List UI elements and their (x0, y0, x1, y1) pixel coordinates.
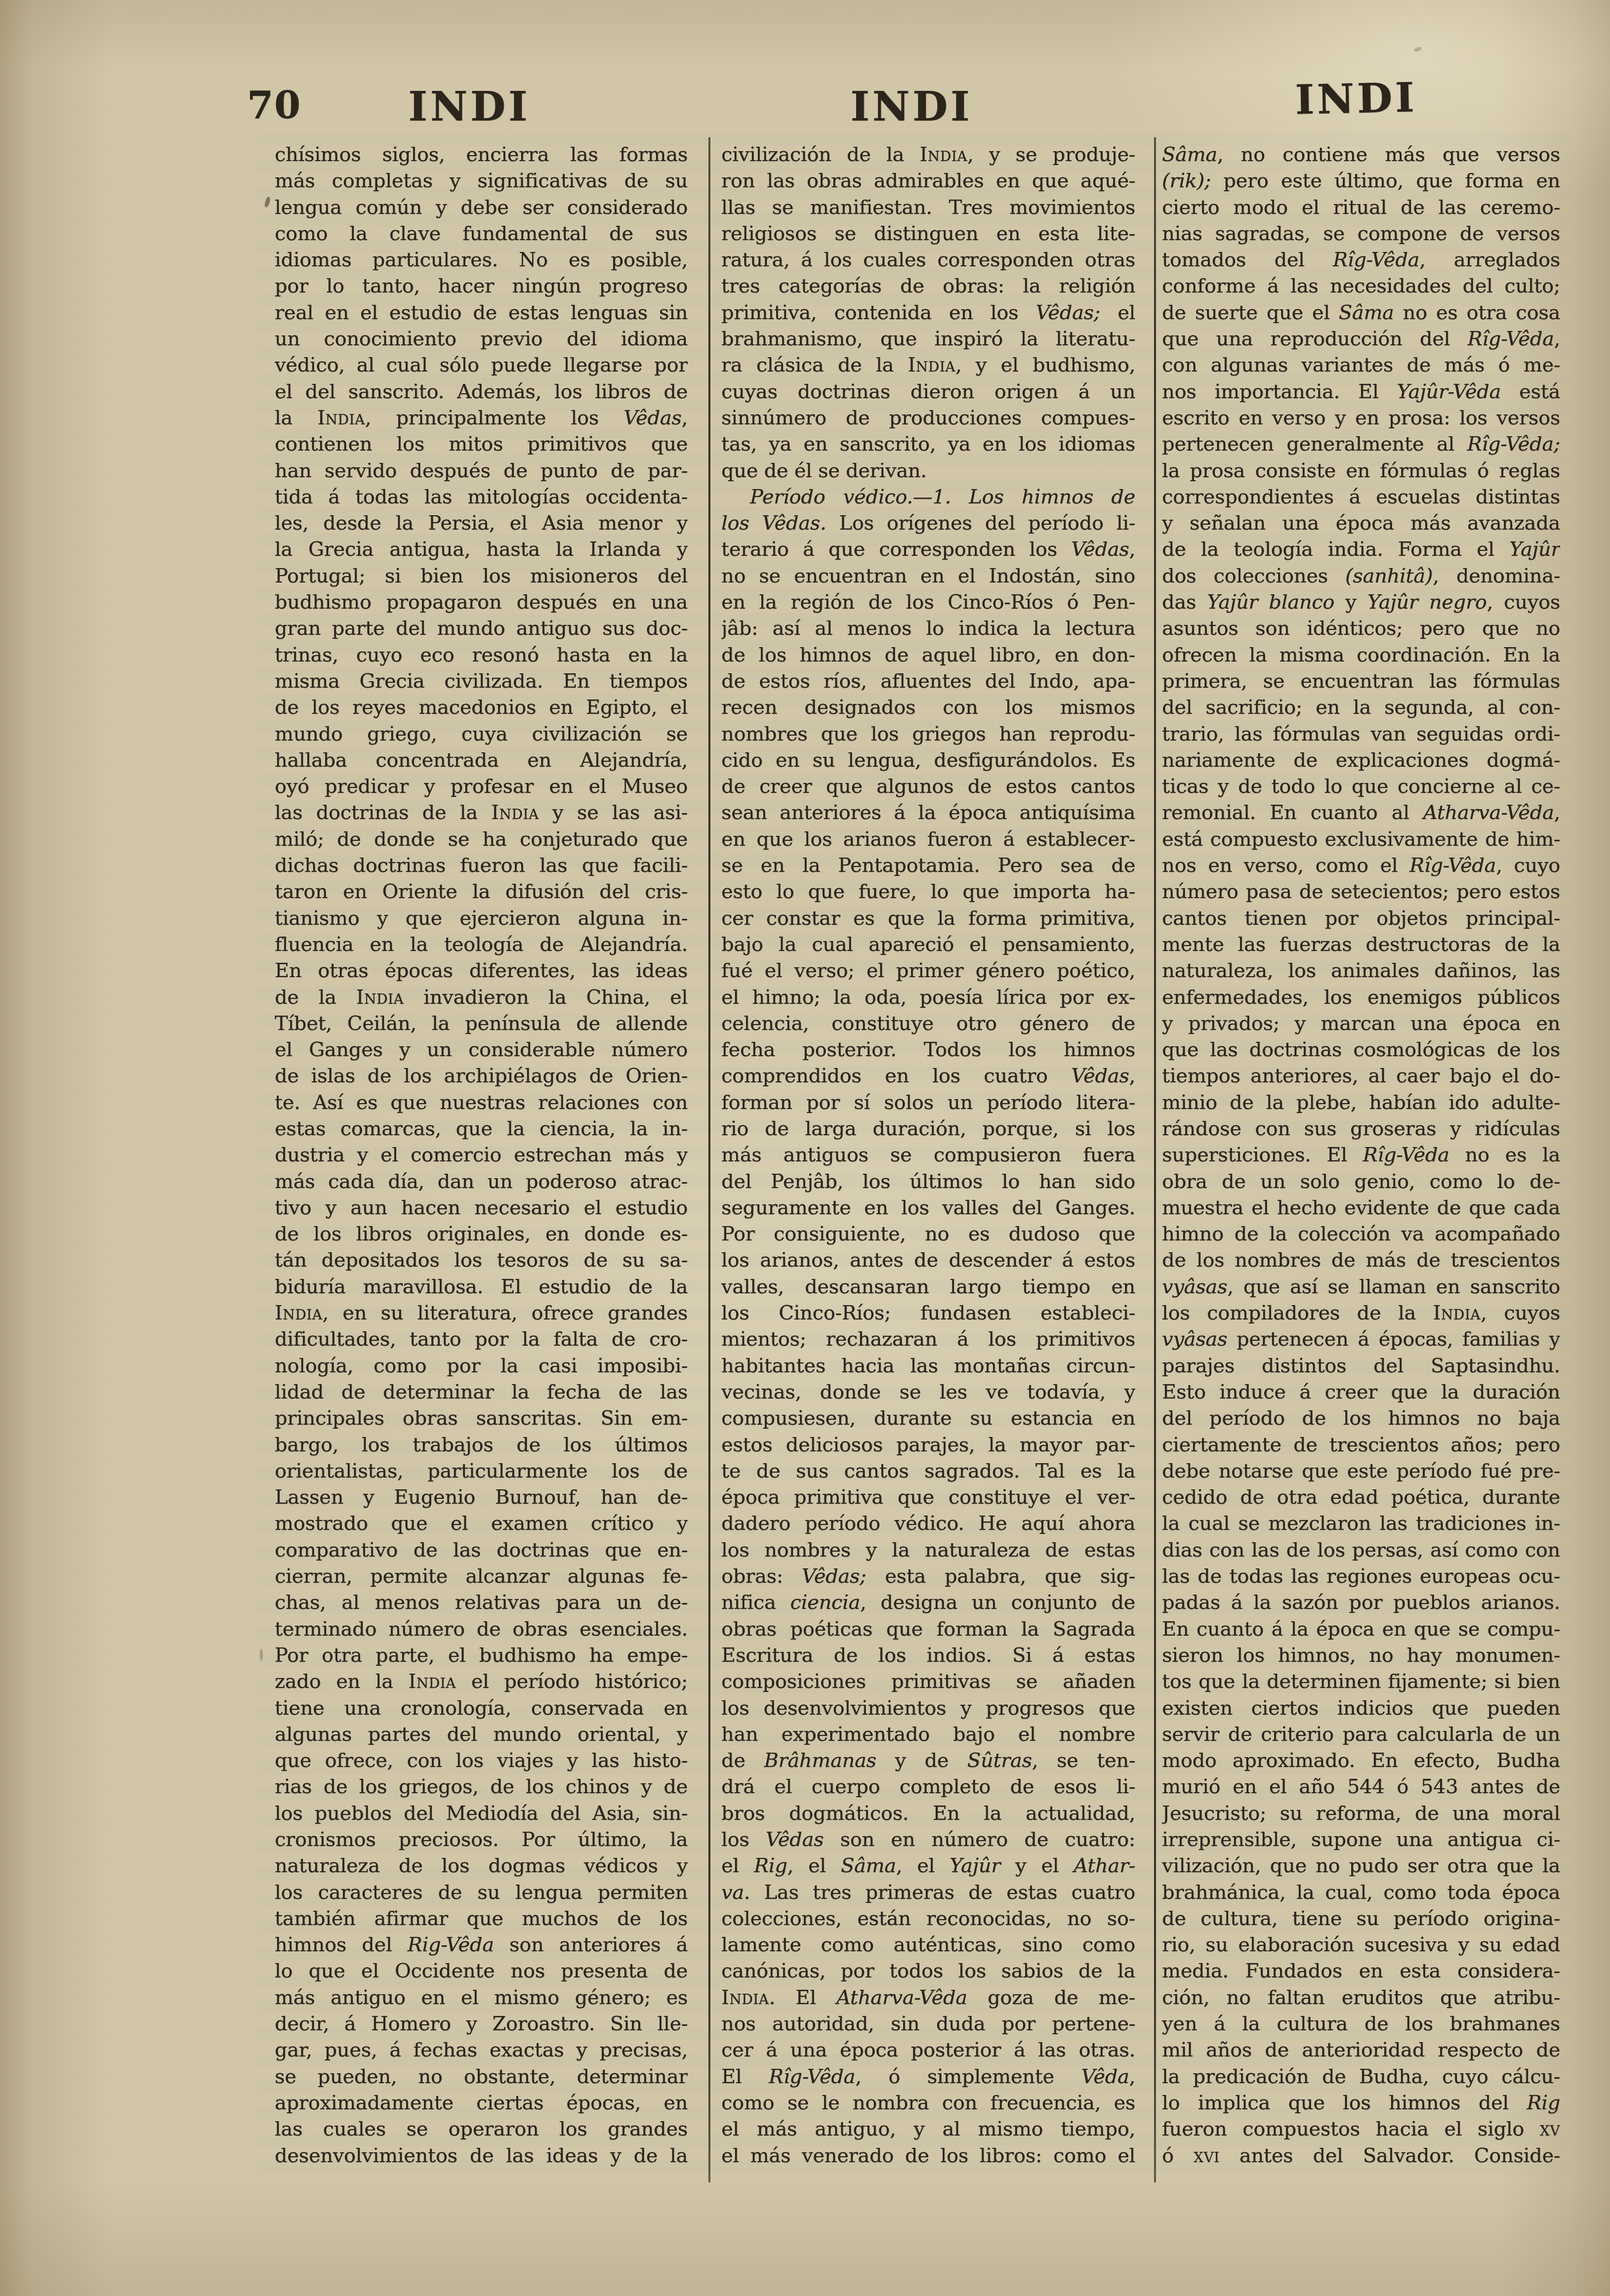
text-line: los Vêdas. Los orígenes del período li- (721, 510, 1135, 536)
text-line: de creer que algunos de estos cantos (721, 774, 1135, 800)
column-divider-rule-1 (708, 137, 710, 2182)
page-number: 70 (247, 83, 301, 127)
text-line: cer constar es que la forma primitiva, (721, 905, 1135, 932)
text-line: terminado número de obras esenciales. (275, 1616, 688, 1642)
text-line: rias de los griegos, de los chinos y de (275, 1774, 688, 1800)
text-line: del sacrificio; en la segunda, al con- (1162, 695, 1560, 721)
text-line: de la India invadieron la China, el (275, 984, 688, 1011)
text-line: Escritura de los indios. Si á estas (721, 1642, 1135, 1669)
text-line: correspondientes á escuelas distintas (1162, 484, 1560, 510)
text-line: hallaba concentrada en Alejandría, (275, 747, 688, 774)
text-line: terario á que corresponden los Vêdas, (721, 536, 1135, 563)
text-line: ron las obras admirables en que aqué- (721, 168, 1135, 194)
text-line: se en la Pentapotamia. Pero sea de (721, 853, 1135, 879)
text-line: sean anteriores á la época antiquísima (721, 800, 1135, 826)
text-line: comparativo de las doctrinas que en- (275, 1537, 688, 1563)
text-line: cronismos preciosos. Por último, la (275, 1827, 688, 1853)
text-line: dadero período védico. He aquí ahora (721, 1511, 1135, 1537)
text-line: época primitiva que constituye el ver- (721, 1484, 1135, 1511)
running-head-column-3: INDI (1252, 73, 1460, 125)
text-line: colecciones, están reconocidas, no so- (721, 1906, 1135, 1932)
text-line: nias sagradas, se compone de versos (1162, 221, 1560, 247)
text-line: orientalistas, particularmente los de (275, 1458, 688, 1484)
text-line: nombres que los griegos han reprodu- (721, 721, 1135, 747)
text-line: lamente como auténticas, sino como (721, 1932, 1135, 1958)
text-line: está compuesto exclusivamente de him- (1162, 826, 1560, 853)
text-line: chísimos siglos, encierra las formas (275, 142, 688, 168)
text-line: trinas, cuyo eco resonó hasta en la (275, 642, 688, 668)
text-line: de islas de los archipiélagos de Orien- (275, 1063, 688, 1089)
text-line: lo implica que los himnos del Rig (1162, 2090, 1560, 2116)
text-line: la cual se mezclaron las tradiciones in- (1162, 1511, 1560, 1537)
text-line: han servido después de punto de par- (275, 458, 688, 484)
text-line: Lassen y Eugenio Burnouf, han de- (275, 1484, 688, 1511)
text-line: mil años de anterioridad respecto de (1162, 2037, 1560, 2063)
text-line: (rik); pero este último, que forma en (1162, 168, 1560, 194)
text-line: nología, como por la casi imposibi- (275, 1353, 688, 1379)
text-line: lo que el Occidente nos presenta de (275, 1958, 688, 1984)
text-line: de los libros originales, en donde es- (275, 1221, 688, 1247)
text-line: estos deliciosos parajes, la mayor par- (721, 1432, 1135, 1458)
text-line: rio, su elaboración sucesiva y su edad (1162, 1932, 1560, 1958)
text-line: védico, al cual sólo puede llegarse por (275, 352, 688, 378)
column-divider-rule-2 (1154, 137, 1156, 2182)
text-line: composiciones primitivas se añaden (721, 1669, 1135, 1695)
text-line: brahmanismo, que inspiró la literatu- (721, 326, 1135, 352)
text-line: de los himnos de aquel libro, en don- (721, 642, 1135, 668)
text-line: fecha posterior. Todos los himnos (721, 1037, 1135, 1063)
text-line: va. Las tres primeras de estas cuatro (721, 1880, 1135, 1906)
text-line: te. Así es que nuestras relaciones con (275, 1090, 688, 1116)
text-line: las cuales se operaron los grandes (275, 2116, 688, 2142)
text-line: vyâsas, que así se llaman en sanscrito (1162, 1274, 1560, 1300)
text-line: ción, no faltan eruditos que atribu- (1162, 1985, 1560, 2011)
text-line: aproximadamente ciertas épocas, en (275, 2090, 688, 2116)
text-line: nariamente de explicaciones dogmá- (1162, 747, 1560, 774)
running-head-column-1: INDI (366, 83, 573, 130)
text-line: ó xvi antes del Salvador. Conside- (1162, 2143, 1560, 2169)
text-line: media. Fundados en esta considera- (1162, 1958, 1560, 1984)
text-line: lengua común y debe ser considerado (275, 195, 688, 221)
text-line: muestra el hecho evidente de que cada (1162, 1195, 1560, 1221)
text-line: gar, pues, á fechas exactas y precisas, (275, 2037, 688, 2063)
text-line: los nombres y la naturaleza de estas (721, 1537, 1135, 1563)
text-line: mente las fuerzas destructoras de la (1162, 932, 1560, 958)
text-line: yen á la cultura de los brahmanes (1162, 2011, 1560, 2037)
text-line: taron en Oriente la difusión del cris- (275, 879, 688, 905)
text-line: más completas y significativas de su (275, 168, 688, 194)
scan-ink-speck (260, 1648, 263, 1661)
text-line: les, desde la Persia, el Asia menor y (275, 510, 688, 536)
text-line: esto lo que fuere, lo que importa ha- (721, 879, 1135, 905)
text-line: de estos ríos, afluentes del Indo, apa- (721, 668, 1135, 695)
text-line: seguramente en los valles del Ganges. (721, 1195, 1135, 1221)
text-line: por lo tanto, hacer ningún progreso (275, 273, 688, 299)
text-line: naturaleza, los animales dañinos, las (1162, 958, 1560, 984)
text-column-3: Sâma, no contiene más que versos(rik); p… (1162, 142, 1560, 2169)
text-line: vyâsas pertenecen á épocas, familias y (1162, 1326, 1560, 1353)
text-line: contienen los mitos primitivos que (275, 431, 688, 457)
text-line: civilización de la India, y se produje- (721, 142, 1135, 168)
text-line: asuntos son idénticos; pero que no (1162, 615, 1560, 642)
text-line: de Brâhmanas y de Sûtras, se ten- (721, 1748, 1135, 1774)
text-line: habitantes hacia las montañas circun- (721, 1353, 1135, 1379)
text-line: que una reproducción del Rîg-Vêda, (1162, 326, 1560, 352)
text-line: rándose con sus groseras y ridículas (1162, 1116, 1560, 1142)
text-line: Período védico.—1. Los himnos de (721, 484, 1135, 510)
text-line: nos autoridad, sin duda por pertene- (721, 2011, 1135, 2037)
text-line: rio de larga duración, porque, si los (721, 1116, 1135, 1142)
text-line: que las doctrinas cosmológicas de los (1162, 1037, 1560, 1063)
text-line: jâb: así al menos lo indica la lectura (721, 615, 1135, 642)
text-line: modo aproximado. En efecto, Budha (1162, 1748, 1560, 1774)
text-line: de los reyes macedonios en Egipto, el (275, 695, 688, 721)
text-line: bajo la cual apareció el pensamiento, (721, 932, 1135, 958)
text-line: tos que la determinen fijamente; si bien (1162, 1669, 1560, 1695)
text-line: mostrado que el examen crítico y (275, 1511, 688, 1537)
text-line: vecinas, donde se les ve todavía, y (721, 1379, 1135, 1405)
running-head-column-2: INDI (808, 83, 1015, 130)
text-line: recen designados con los mismos (721, 695, 1135, 721)
text-line: el Ganges y un considerable número (275, 1037, 688, 1063)
text-column-1: chísimos siglos, encierra las formasmás … (275, 142, 688, 2169)
text-line: también afirmar que muchos de los (275, 1906, 688, 1932)
text-line: ratura, á los cuales corresponden otras (721, 247, 1135, 273)
text-line: de los nombres de más de trescientos (1162, 1247, 1560, 1273)
text-line: zado en la India el período histórico; (275, 1669, 688, 1695)
text-line: lidad de determinar la fecha de las (275, 1379, 688, 1405)
text-line: gran parte del mundo antiguo sus doc- (275, 615, 688, 642)
text-line: parajes distintos del Saptasindhu. (1162, 1353, 1560, 1379)
text-line: de la teología india. Forma el Yajûr (1162, 536, 1560, 563)
text-line: tiene una cronología, conservada en (275, 1695, 688, 1722)
text-line: canónicas, por todos los sabios de la (721, 1958, 1135, 1984)
text-line: que de él se derivan. (721, 458, 1135, 484)
text-line: India, en su literatura, ofrece grandes (275, 1300, 688, 1326)
text-line: los pueblos del Mediodía del Asia, sin- (275, 1801, 688, 1827)
text-line: que ofrece, con los viajes y las histo- (275, 1748, 688, 1774)
text-line: biduría maravillosa. El estudio de la (275, 1274, 688, 1300)
text-line: bros dogmáticos. En la actualidad, (721, 1801, 1135, 1827)
text-line: El Rîg-Vêda, ó simplemente Vêda, (721, 2064, 1135, 2090)
text-line: el Rig, el Sâma, el Yajûr y el Athar- (721, 1853, 1135, 1879)
text-line: los Vêdas son en número de cuatro: (721, 1827, 1135, 1853)
text-line: En otras épocas diferentes, las ideas (275, 958, 688, 984)
text-line: han experimentado bajo el nombre (721, 1722, 1135, 1748)
text-line: tivo y aun hacen necesario el estudio (275, 1195, 688, 1221)
text-line: existen ciertos indicios que pueden (1162, 1695, 1560, 1722)
text-line: tida á todas las mitologías occidenta- (275, 484, 688, 510)
text-line: naturaleza de los dogmas védicos y (275, 1853, 688, 1879)
text-line: tán depositados los tesoros de su sa- (275, 1247, 688, 1273)
text-line: la Grecia antigua, hasta la Irlanda y (275, 536, 688, 563)
text-line: algunas partes del mundo oriental, y (275, 1722, 688, 1748)
text-line: como se le nombra con frecuencia, es (721, 2090, 1135, 2116)
text-line: pertenecen generalmente al Rîg-Vêda; (1162, 431, 1560, 457)
text-line: chas, al menos relativas para un de- (275, 1590, 688, 1616)
text-line: minio de la plebe, habían ido adulte- (1162, 1090, 1560, 1116)
text-line: dificultades, tanto por la falta de cro- (275, 1326, 688, 1353)
text-line: sieron los himnos, no hay monumen- (1162, 1642, 1560, 1669)
text-line: mientos; rechazaran á los primitivos (721, 1326, 1135, 1353)
text-line: las doctrinas de la India y se las asi- (275, 800, 688, 826)
text-line: conforme á las necesidades del culto; (1162, 273, 1560, 299)
text-line: número pasa de setecientos; pero estos (1162, 879, 1560, 905)
text-line: tas, ya en sanscrito, ya en los idiomas (721, 431, 1135, 457)
text-line: desenvolvimientos de las ideas y de la (275, 2143, 688, 2169)
text-line: religiosos se distinguen en esta lite- (721, 221, 1135, 247)
text-line: drá el cuerpo completo de esos li- (721, 1774, 1135, 1800)
text-line: tres categorías de obras: la religión (721, 273, 1135, 299)
text-line: la India, principalmente los Vêdas, (275, 405, 688, 431)
text-line: celencia, constituye otro género de (721, 1011, 1135, 1037)
text-line: tiempos anteriores, al caer bajo el do- (1162, 1063, 1560, 1089)
text-line: de suerte que el Sâma no es otra cosa (1162, 300, 1560, 326)
text-line: bargo, los trabajos de los últimos (275, 1432, 688, 1458)
text-line: como la clave fundamental de sus (275, 221, 688, 247)
text-line: himnos del Rig-Vêda son anteriores á (275, 1932, 688, 1958)
text-line: y privados; y marcan una época en (1162, 1011, 1560, 1037)
text-line: padas á la sazón por pueblos arianos. (1162, 1590, 1560, 1616)
text-line: en la región de los Cinco-Ríos ó Pen- (721, 589, 1135, 615)
text-line: los Cinco-Ríos; fundasen estableci- (721, 1300, 1135, 1326)
text-line: más cada día, dan un poderoso atrac- (275, 1169, 688, 1195)
text-line: primera, se encuentran las fórmulas (1162, 668, 1560, 695)
text-line: cuyas doctrinas dieron origen á un (721, 379, 1135, 405)
text-line: primitiva, contenida en los Vêdas; el (721, 300, 1135, 326)
text-line: con algunas variantes de más ó me- (1162, 352, 1560, 378)
text-line: cer á una época posterior á las otras. (721, 2037, 1135, 2063)
text-line: compusiesen, durante su estancia en (721, 1405, 1135, 1432)
text-line: idiomas particulares. No es posible, (275, 247, 688, 273)
text-line: oyó predicar y profesar en el Museo (275, 774, 688, 800)
text-line: la prosa consiste en fórmulas ó reglas (1162, 458, 1560, 484)
scan-ink-speck (1413, 46, 1422, 53)
text-line: los arianos, antes de descender á estos (721, 1247, 1135, 1273)
text-line: fué el verso; el primer género poético, (721, 958, 1135, 984)
text-line: tomados del Rîg-Vêda, arreglados (1162, 247, 1560, 273)
text-line: ra clásica de la India, y el budhismo, (721, 352, 1135, 378)
text-line: supersticiones. El Rîg-Vêda no es la (1162, 1142, 1560, 1168)
text-line: real en el estudio de estas lenguas sin (275, 300, 688, 326)
text-line: forman por sí solos un período litera- (721, 1090, 1135, 1116)
text-line: cierto modo el ritual de las ceremo- (1162, 195, 1560, 221)
text-line: dias con las de los persas, así como con (1162, 1537, 1560, 1563)
text-line: llas se manifiestan. Tres movimientos (721, 195, 1135, 221)
text-line: más antiguo en el mismo género; es (275, 1985, 688, 2011)
text-line: valles, descansaran largo tiempo en (721, 1274, 1135, 1300)
text-line: y señalan una época más avanzada (1162, 510, 1560, 536)
text-line: sinnúmero de producciones compues- (721, 405, 1135, 431)
text-line: principales obras sanscritas. Sin em- (275, 1405, 688, 1432)
text-line: el himno; la oda, poesía lírica por ex- (721, 984, 1135, 1011)
text-line: das Yajûr blanco y Yajûr negro, cuyos (1162, 589, 1560, 615)
text-line: debe notarse que este período fué pre- (1162, 1458, 1560, 1484)
text-line: obra de un solo genio, como lo de- (1162, 1169, 1560, 1195)
text-line: fluencia en la teología de Alejandría. (275, 932, 688, 958)
text-line: el del sanscrito. Además, los libros de (275, 379, 688, 405)
text-line: decir, á Homero y Zoroastro. Sin lle- (275, 2011, 688, 2037)
text-line: remonial. En cuanto al Atharva-Vêda, (1162, 800, 1560, 826)
text-line: himno de la colección va acompañado (1162, 1221, 1560, 1247)
text-line: obras poéticas que forman la Sagrada (721, 1616, 1135, 1642)
text-line: Sâma, no contiene más que versos (1162, 142, 1560, 168)
text-line: cierran, permite alcanzar algunas fe- (275, 1563, 688, 1590)
text-line: no se encuentran en el Indostán, sino (721, 563, 1135, 589)
text-line: misma Grecia civilizada. En tiempos (275, 668, 688, 695)
text-line: cido en su lengua, desfigurándolos. Es (721, 747, 1135, 774)
text-line: nos en verso, como el Rîg-Vêda, cuyo (1162, 853, 1560, 879)
text-line: cedido de otra edad poética, durante (1162, 1484, 1560, 1511)
text-line: irreprensible, supone una antigua ci- (1162, 1827, 1560, 1853)
text-line: del Penjâb, los últimos lo han sido (721, 1169, 1135, 1195)
text-line: fueron compuestos hacia el siglo xv (1162, 2116, 1560, 2142)
text-line: comprendidos en los cuatro Vêdas, (721, 1063, 1135, 1089)
scanned-book-page: 70 INDI INDI INDI chísimos siglos, encie… (0, 0, 1610, 2296)
text-line: dichas doctrinas fueron las que facili- (275, 853, 688, 879)
text-line: Portugal; si bien los misioneros del (275, 563, 688, 589)
text-line: los compiladores de la India, cuyos (1162, 1300, 1560, 1326)
text-line: te de sus cantos sagrados. Tal es la (721, 1458, 1135, 1484)
text-line: nos importancia. El Yajûr-Vêda está (1162, 379, 1560, 405)
text-line: ciertamente de trescientos años; pero (1162, 1432, 1560, 1458)
text-line: brahmánica, la cual, como toda época (1162, 1880, 1560, 1906)
text-line: enfermedades, los enemigos públicos (1162, 984, 1560, 1011)
text-line: se pueden, no obstante, determinar (275, 2064, 688, 2090)
scan-ink-speck (264, 196, 271, 208)
text-line: miló; de donde se ha conjeturado que (275, 826, 688, 853)
text-line: ticas y de todo lo que concierne al ce- (1162, 774, 1560, 800)
text-line: nifica ciencia, designa un conjunto de (721, 1590, 1135, 1616)
text-line: servir de criterio para calcularla de un (1162, 1722, 1560, 1748)
text-line: escrito en verso y en prosa: los versos (1162, 405, 1560, 431)
text-line: Por otra parte, el budhismo ha empe- (275, 1642, 688, 1669)
text-line: Tíbet, Ceilán, la península de allende (275, 1011, 688, 1037)
text-line: Por consiguiente, no es dudoso que (721, 1221, 1135, 1247)
text-line: las de todas las regiones europeas ocu- (1162, 1563, 1560, 1590)
text-line: estas comarcas, que la ciencia, la in- (275, 1116, 688, 1142)
text-line: el más venerado de los libros: como el (721, 2143, 1135, 2169)
text-line: obras: Vêdas; esta palabra, que sig- (721, 1563, 1135, 1590)
text-line: Jesucristo; su reforma, de una moral (1162, 1801, 1560, 1827)
text-line: trario, las fórmulas van seguidas ordi- (1162, 721, 1560, 747)
text-line: dos colecciones (sanhitâ), denomina- (1162, 563, 1560, 589)
text-line: budhismo propagaron después en una (275, 589, 688, 615)
text-line: mundo griego, cuya civilización se (275, 721, 688, 747)
text-line: En cuanto á la época en que se compu- (1162, 1616, 1560, 1642)
text-line: de cultura, tiene su período origina- (1162, 1906, 1560, 1932)
text-line: Esto induce á creer que la duración (1162, 1379, 1560, 1405)
text-line: los desenvolvimientos y progresos que (721, 1695, 1135, 1722)
text-line: del período de los himnos no baja (1162, 1405, 1560, 1432)
text-line: cantos tienen por objetos principal- (1162, 905, 1560, 932)
text-line: tianismo y que ejercieron alguna in- (275, 905, 688, 932)
text-line: los caracteres de su lengua permiten (275, 1880, 688, 1906)
text-column-2: civilización de la India, y se produje-r… (721, 142, 1135, 2169)
text-line: ofrecen la misma coordinación. En la (1162, 642, 1560, 668)
text-line: India. El Atharva-Vêda goza de me- (721, 1985, 1135, 2011)
text-line: dustria y el comercio estrechan más y (275, 1142, 688, 1168)
text-line: en que los arianos fueron á establecer- (721, 826, 1135, 853)
text-line: más antiguos se compusieron fuera (721, 1142, 1135, 1168)
text-line: murió en el año 544 ó 543 antes de (1162, 1774, 1560, 1800)
text-line: vilización, que no pudo ser otra que la (1162, 1853, 1560, 1879)
text-line: la predicación de Budha, cuyo cálcu- (1162, 2064, 1560, 2090)
text-line: un conocimiento previo del idioma (275, 326, 688, 352)
text-line: el más antiguo, y al mismo tiempo, (721, 2116, 1135, 2142)
